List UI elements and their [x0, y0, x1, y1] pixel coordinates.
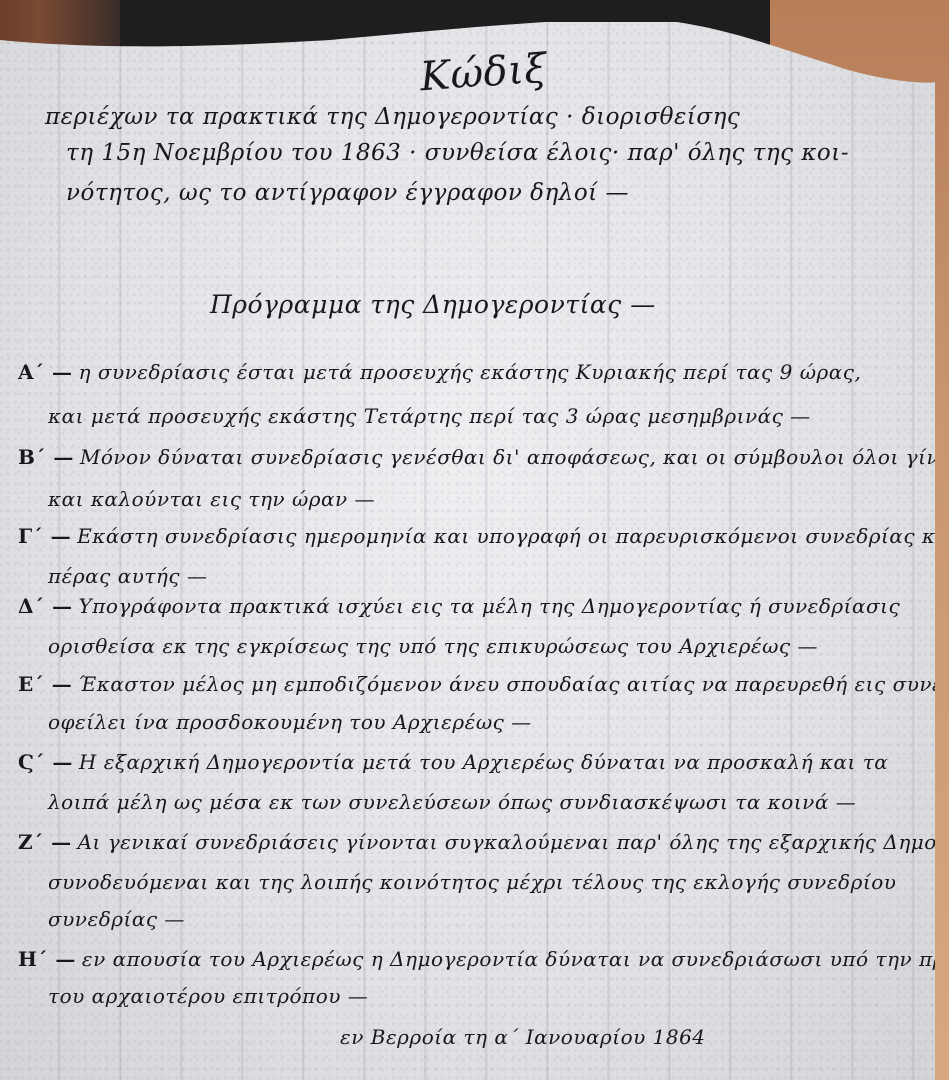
program-heading: Πρόγραμμα της Δημογεροντίας —: [210, 290, 656, 319]
article-marker: Δ΄ —: [18, 594, 72, 618]
article-text: Έκαστον μέλος μη εμποδιζόμενον άνευ σπου…: [78, 672, 949, 696]
article-e-line-1: Ε΄ —Έκαστον μέλος μη εμποδιζόμενον άνευ …: [18, 672, 949, 696]
article-e-line-2: οφείλει ίνα προσδοκουμένη του Αρχιερέως …: [48, 710, 532, 734]
document-title: Κώδιξ: [419, 46, 549, 101]
article-a-line-2: και μετά προσευχής εκάστης Τετάρτης περί…: [48, 404, 811, 428]
article-h-line-2: του αρχαιοτέρου επιτρόπου —: [48, 984, 368, 1008]
article-marker: Ϛ΄ —: [18, 750, 73, 774]
article-f-line-2: λοιπά μέλη ως μέσα εκ των συνελεύσεων όπ…: [48, 790, 856, 814]
article-d-line-1: Δ΄ —Υπογράφοντα πρακτικά ισχύει εις τα μ…: [18, 594, 900, 618]
article-g-line-1: Ζ΄ —Αι γενικαί συνεδριάσεις γίνονται συγ…: [18, 830, 949, 854]
article-text: Εκάστη συνεδρίασις ημερομηνία και υπογρα…: [77, 524, 949, 548]
article-text: Η εξαρχική Δημογεροντία μετά του Αρχιερέ…: [79, 750, 888, 774]
article-text: εν απουσία του Αρχιερέως η Δημογεροντία …: [82, 947, 949, 971]
article-a-line-1: Α΄ —η συνεδρίασις έσται μετά προσευχής ε…: [18, 360, 861, 384]
article-marker: Γ΄ —: [18, 524, 71, 548]
place-date-signoff: εν Βερροία τη α΄ Ιανουαρίου 1864: [340, 1025, 706, 1049]
article-text: Υπογράφοντα πρακτικά ισχύει εις τα μέλη …: [78, 594, 900, 618]
article-marker: Η΄ —: [18, 947, 76, 971]
article-marker: Ζ΄ —: [18, 830, 72, 854]
manuscript-page: Κώδιξ περιέχων τα πρακτικά της Δημογερον…: [0, 22, 935, 1080]
article-c-line-1: Γ΄ —Εκάστη συνεδρίασις ημερομηνία και υπ…: [18, 524, 949, 548]
intro-line-3: νότητος, ως το αντίγραφον έγγραφον δηλοί…: [66, 180, 629, 206]
article-c-line-2: πέρας αυτής —: [48, 564, 207, 588]
article-text: Μόνον δύναται συνεδρίασις γενέσθαι δι' α…: [80, 445, 949, 469]
article-h-line-1: Η΄ —εν απουσία του Αρχιερέως η Δημογερον…: [18, 947, 949, 971]
article-marker: Ε΄ —: [18, 672, 72, 696]
article-f-line-1: Ϛ΄ —Η εξαρχική Δημογεροντία μετά του Αρχ…: [18, 750, 888, 774]
intro-line-2: τη 15η Νοεμβρίου του 1863 · συνθείσα έλο…: [66, 140, 849, 166]
photo-scene: Κώδιξ περιέχων τα πρακτικά της Δημογερον…: [0, 0, 949, 1080]
article-g-line-2: συνοδευόμεναι και της λοιπής κοινότητος …: [48, 870, 896, 894]
article-marker: Α΄ —: [18, 360, 72, 384]
article-g-line-3: συνεδρίας —: [48, 907, 185, 931]
article-marker: Β΄ —: [18, 445, 74, 469]
intro-line-1: περιέχων τα πρακτικά της Δημογεροντίας ·…: [45, 104, 740, 130]
article-text: η συνεδρίασις έσται μετά προσευχής εκάστ…: [78, 360, 861, 384]
article-b-line-1: Β΄ —Μόνον δύναται συνεδρίασις γενέσθαι δ…: [18, 445, 949, 469]
article-b-line-2: και καλούνται εις την ώραν —: [48, 487, 375, 511]
article-d-line-2: ορισθείσα εκ της εγκρίσεως της υπό της ε…: [48, 634, 818, 658]
article-text: Αι γενικαί συνεδριάσεις γίνονται συγκαλο…: [78, 830, 949, 854]
